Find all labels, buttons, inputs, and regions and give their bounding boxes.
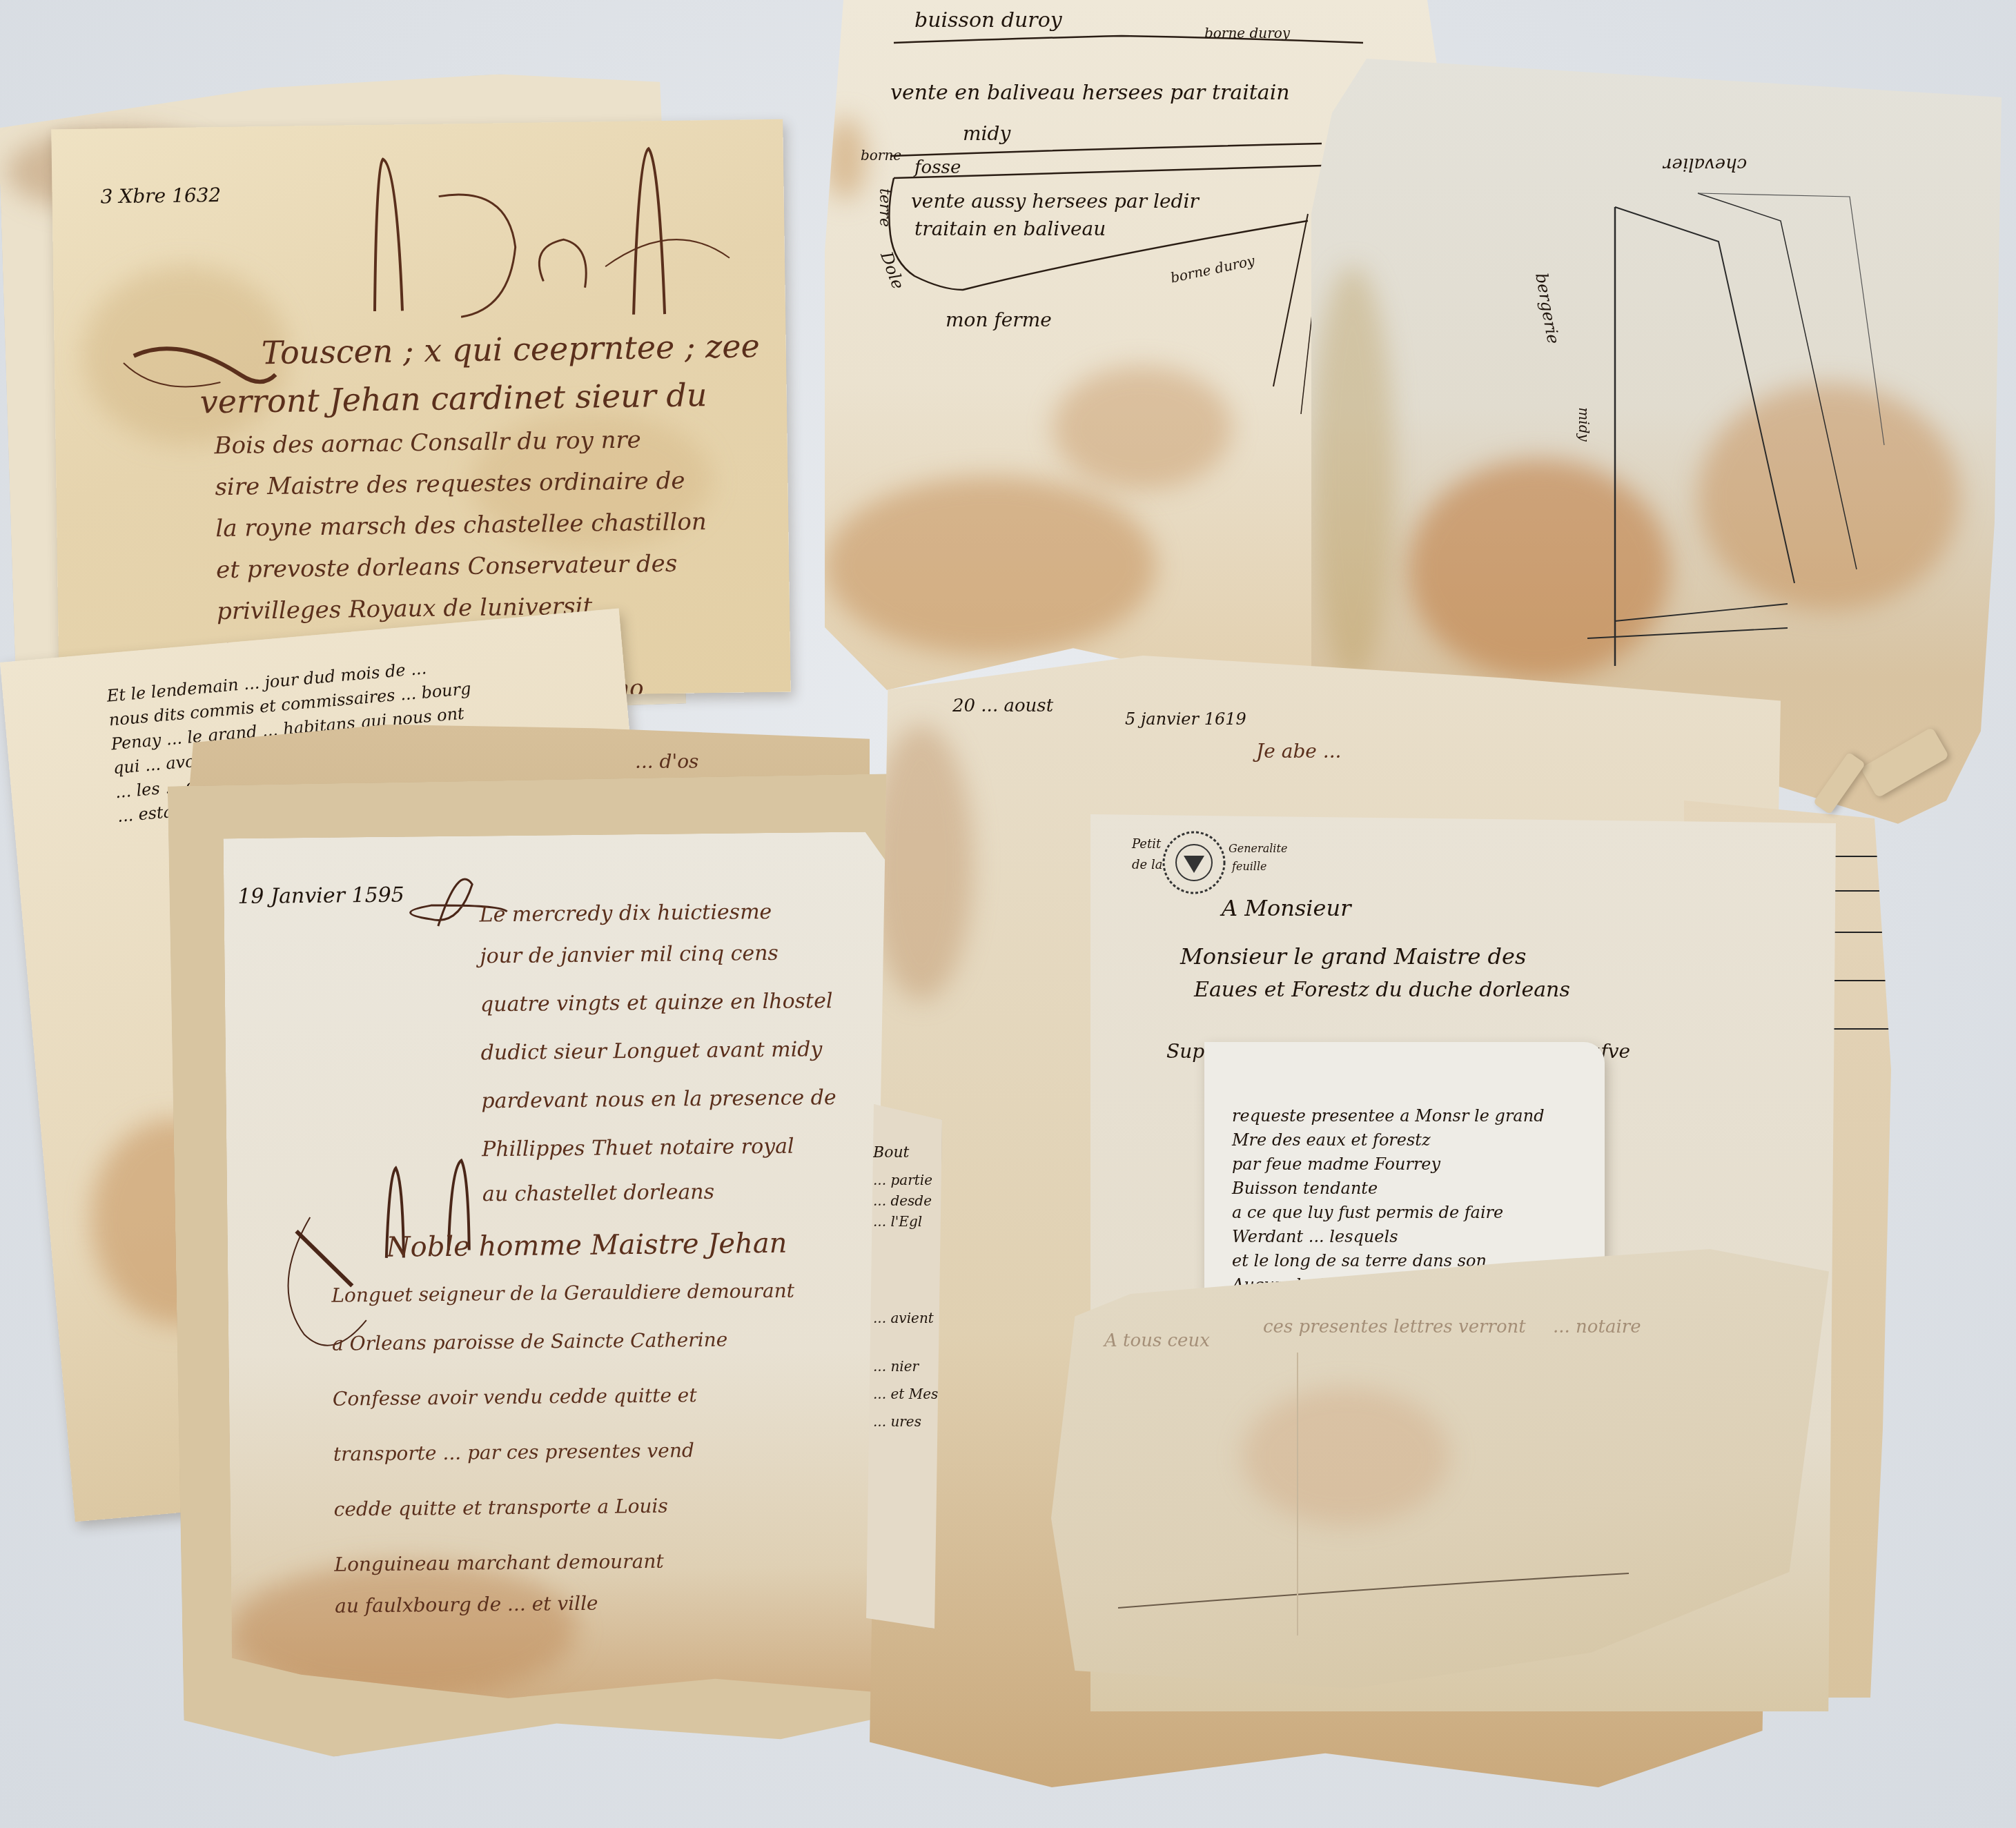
torn-strip: Bout ... partie ... desde ... l'Egl ... … — [866, 1104, 942, 1629]
deed-1595: 19 Janvier 1595 Le mercredy dix huicties… — [223, 832, 922, 1701]
photo-scene: de Marcault 3 Xbre 1632 Touscen ; x qui … — [0, 0, 2016, 1828]
deed-1632: 3 Xbre 1632 Touscen ; x qui ceeprntee ; … — [51, 119, 790, 702]
